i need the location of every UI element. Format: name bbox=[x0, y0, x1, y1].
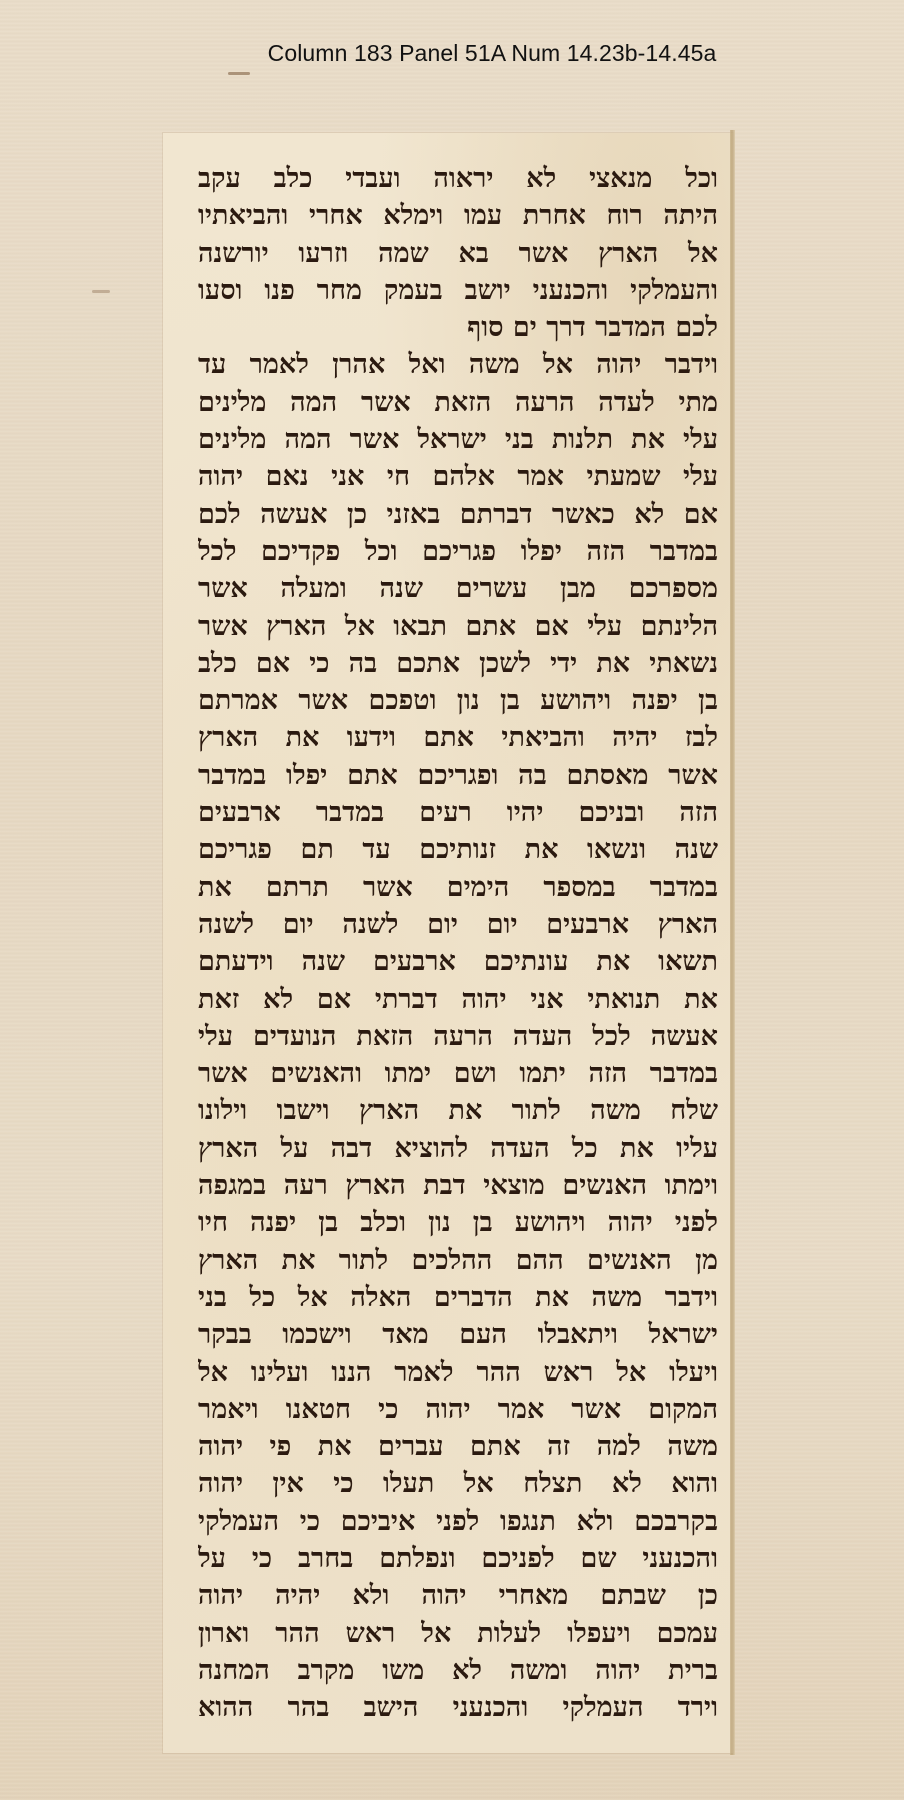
manuscript-line: בן יפנה ויהושע בן נון וטפכם אשר אמרתם bbox=[198, 682, 718, 719]
manuscript-line: הזה ובניכם יהיו רעים במדבר ארבעים bbox=[198, 794, 718, 831]
manuscript-line: במדבר הזה יפלו פגריכם וכל פקדיכם לכל bbox=[198, 533, 718, 570]
manuscript-line: במדבר במספר הימים אשר תרתם את bbox=[198, 869, 718, 906]
manuscript-line: מספרכם מבן עשרים שנה ומעלה אשר bbox=[198, 570, 718, 607]
manuscript-line: וידבר יהוה אל משה ואל אהרן לאמר עד bbox=[198, 346, 718, 383]
manuscript-line: במדבר הזה יתמו ושם ימתו והאנשים אשר bbox=[198, 1055, 718, 1092]
manuscript-line: שלח משה לתור את הארץ וישבו וילונו bbox=[198, 1092, 718, 1129]
caption-text: Column 183 Panel 51A Num 14.23b-14.45a bbox=[268, 40, 717, 66]
manuscript-line: עלי שמעתי אמר אלהם חי אני נאם יהוה bbox=[198, 458, 718, 495]
manuscript-line: נשאתי את ידי לשכן אתכם בה כי אם כלב bbox=[198, 645, 718, 682]
manuscript-line: וירד העמלקי והכנעני הישב בהר ההוא bbox=[198, 1689, 718, 1726]
manuscript-line: את תנואתי אני יהוה דברתי אם לא זאת bbox=[198, 981, 718, 1018]
panel-caption: Column 183 Panel 51A Num 14.23b-14.45a bbox=[0, 40, 904, 67]
manuscript-line: והכנעני שם לפניכם ונפלתם בחרב כי על bbox=[198, 1540, 718, 1577]
manuscript-line: לבז יהיה והביאתי אתם וידעו את הארץ bbox=[198, 719, 718, 756]
manuscript-line: שנה ונשאו את זנותיכם עד תם פגריכם bbox=[198, 831, 718, 868]
manuscript-line: והוא לא תצלח אל תעלו כי אין יהוה bbox=[198, 1465, 718, 1502]
manuscript-line: וימתו האנשים מוצאי דבת הארץ רעה במגפה bbox=[198, 1167, 718, 1204]
manuscript-line: היתה רוח אחרת עמו וימלא אחרי והביאתיו bbox=[198, 197, 718, 234]
parchment-seam bbox=[730, 130, 735, 1755]
manuscript-line: אשר מאסתם בה ופגריכם אתם יפלו במדבר bbox=[198, 757, 718, 794]
manuscript-line: וכל מנאצי לא יראוה ועבדי כלב עקב bbox=[198, 160, 718, 197]
manuscript-line: עליו את כל העדה להוציא דבה על הארץ bbox=[198, 1130, 718, 1167]
manuscript-line: בקרבכם ולא תנגפו לפני איביכם כי העמלקי bbox=[198, 1503, 718, 1540]
background-smudge bbox=[228, 72, 250, 75]
manuscript-line: מן האנשים ההם ההלכים לתור את הארץ bbox=[198, 1242, 718, 1279]
manuscript-line: כן שבתם מאחרי יהוה ולא יהיה יהוה bbox=[198, 1577, 718, 1614]
manuscript-line: אל הארץ אשר בא שמה וזרעו יורשנה bbox=[198, 235, 718, 272]
manuscript-line: עלי את תלנות בני ישראל אשר המה מלינים bbox=[198, 421, 718, 458]
manuscript-line: ברית יהוה ומשה לא משו מקרב המחנה bbox=[198, 1652, 718, 1689]
manuscript-line: אעשה לכל העדה הרעה הזאת הנועדים עלי bbox=[198, 1018, 718, 1055]
manuscript-line: הלינתם עלי אם אתם תבאו אל הארץ אשר bbox=[198, 608, 718, 645]
background-smudge bbox=[92, 290, 110, 293]
manuscript-line: עמכם ויעפלו לעלות אל ראש ההר וארון bbox=[198, 1615, 718, 1652]
manuscript-line: הארץ ארבעים יום יום לשנה יום לשנה bbox=[198, 906, 718, 943]
manuscript-line: ויעלו אל ראש ההר לאמר הננו ועלינו אל bbox=[198, 1354, 718, 1391]
manuscript-line: המקום אשר אמר יהוה כי חטאנו ויאמר bbox=[198, 1391, 718, 1428]
manuscript-line: אם לא כאשר דברתם באזני כן אעשה לכם bbox=[198, 496, 718, 533]
manuscript-line: והעמלקי והכנעני יושב בעמק מחר פנו וסעו bbox=[198, 272, 718, 309]
manuscript-text-column: וכל מנאצי לא יראוה ועבדי כלב עקבהיתה רוח… bbox=[198, 160, 718, 1726]
manuscript-line: מתי לעדה הרעה הזאת אשר המה מלינים bbox=[198, 384, 718, 421]
manuscript-line: וידבר משה את הדברים האלה אל כל בני bbox=[198, 1279, 718, 1316]
manuscript-line: תשאו את עונתיכם ארבעים שנה וידעתם bbox=[198, 943, 718, 980]
manuscript-line: לפני יהוה ויהושע בן נון וכלב בן יפנה חיו bbox=[198, 1204, 718, 1241]
manuscript-line: משה למה זה אתם עברים את פי יהוה bbox=[198, 1428, 718, 1465]
manuscript-line: ישראל ויתאבלו העם מאד וישכמו בבקר bbox=[198, 1316, 718, 1353]
manuscript-line: לכם המדבר דרך ים סוף bbox=[198, 309, 718, 346]
